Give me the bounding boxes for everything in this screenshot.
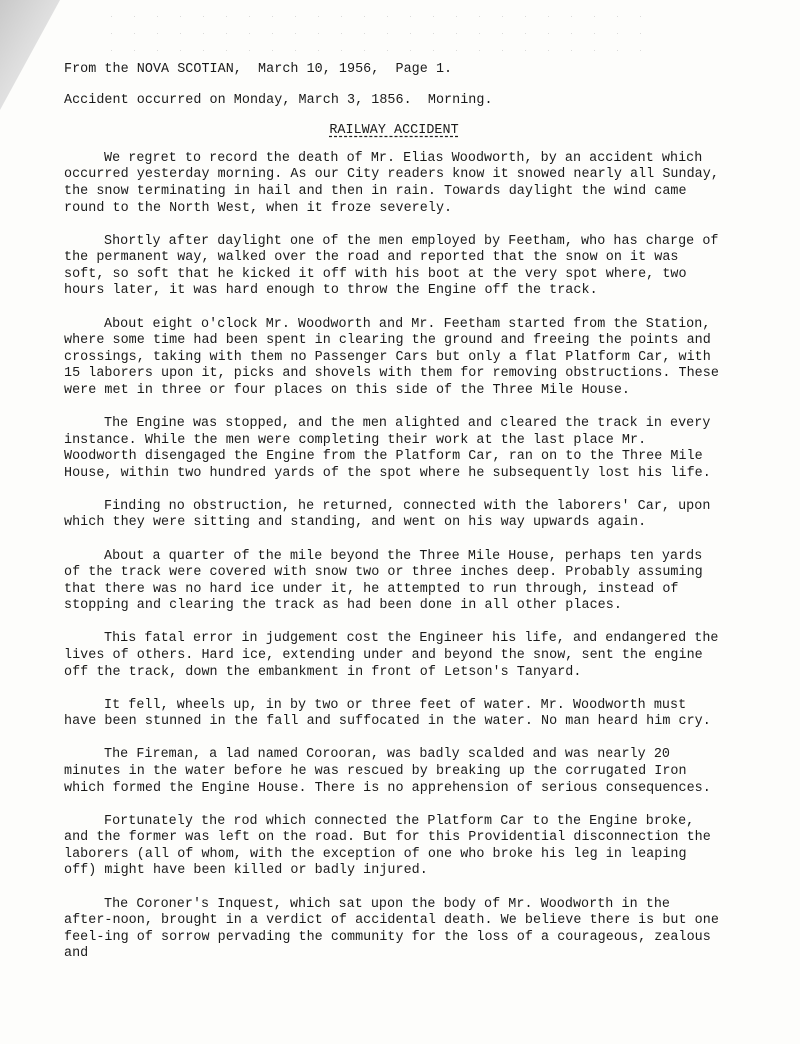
paragraph: The Coroner's Inquest, which sat upon th… [64, 897, 724, 963]
paragraph: It fell, wheels up, in by two or three f… [64, 698, 724, 731]
paragraph: Shortly after daylight one of the men em… [64, 234, 724, 300]
paragraph: About a quarter of the mile beyond the T… [64, 549, 724, 615]
source-line: From the NOVA SCOTIAN, March 10, 1956, P… [64, 62, 724, 79]
accident-date-line: Accident occurred on Monday, March 3, 18… [64, 93, 724, 110]
typed-document: From the NOVA SCOTIAN, March 10, 1956, P… [64, 62, 724, 979]
paragraph: The Engine was stopped, and the men alig… [64, 416, 724, 482]
paragraph: We regret to record the death of Mr. Eli… [64, 151, 724, 217]
page-corner-fold [0, 0, 60, 110]
paragraph: Finding no obstruction, he returned, con… [64, 499, 724, 532]
paragraph: About eight o'clock Mr. Woodworth and Mr… [64, 317, 724, 400]
article-title: RAILWAY ACCIDENT [64, 123, 724, 140]
bleed-through-specks [100, 8, 660, 58]
paragraph: Fortunately the rod which connected the … [64, 814, 724, 880]
paragraph: This fatal error in judgement cost the E… [64, 631, 724, 681]
paragraph: The Fireman, a lad named Corooran, was b… [64, 747, 724, 797]
